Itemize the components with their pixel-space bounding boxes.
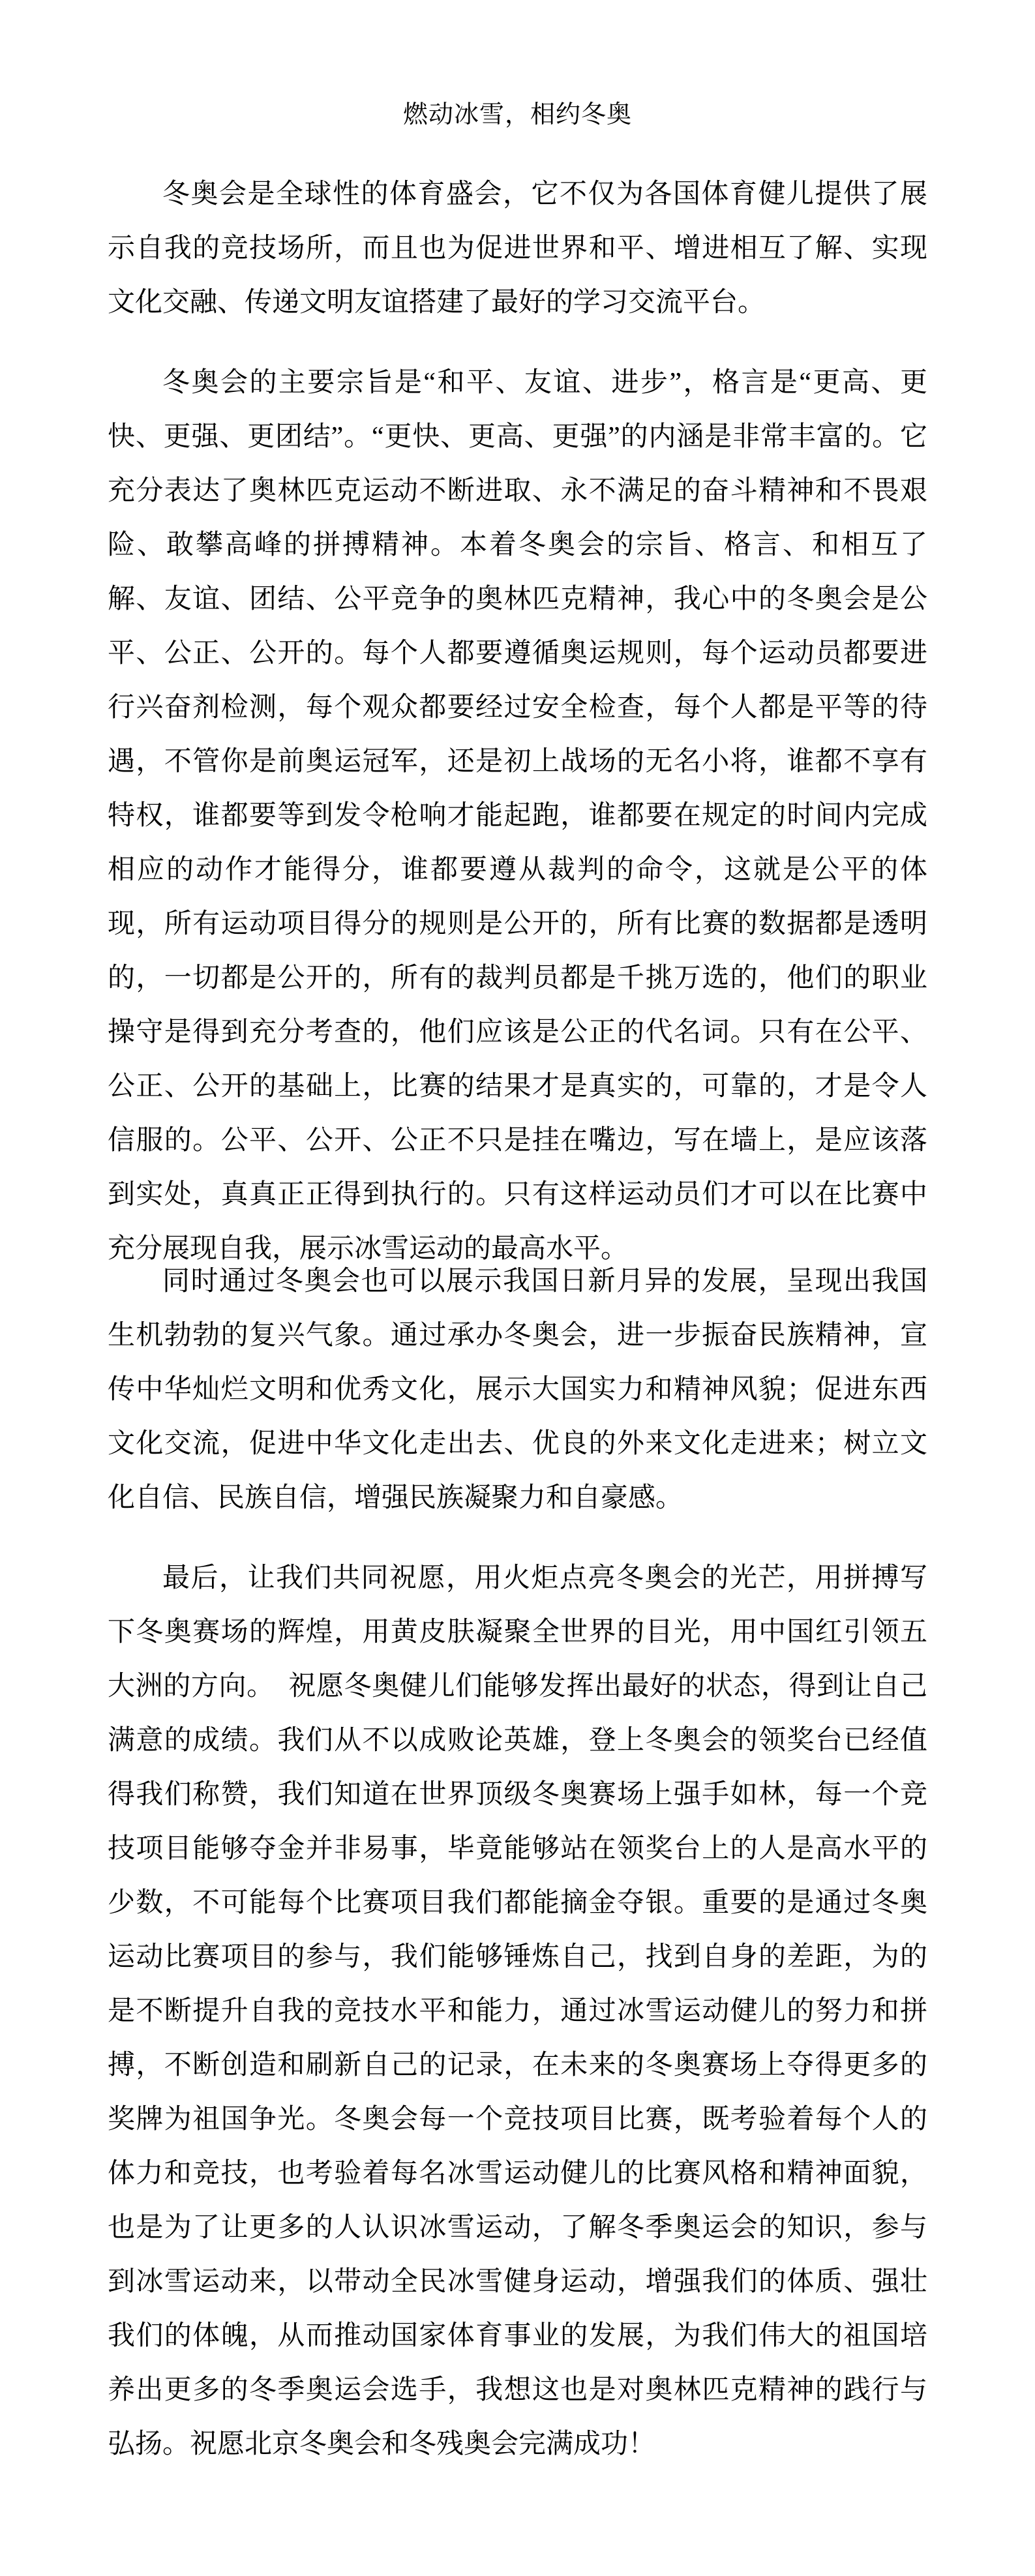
paragraph-intro: 冬奥会是全球性的体育盛会，它不仅为各国体育健儿提供了展示自我的竞技场所，而且也为… [108, 168, 927, 330]
document-title: 燃动冰雪，相约冬奥 [108, 88, 927, 142]
document-page: 燃动冰雪，相约冬奥 冬奥会是全球性的体育盛会，它不仅为各国体育健儿提供了展示自我… [0, 0, 1035, 2576]
paragraph-olympic-spirit: 冬奥会的主要宗旨是“和平、友谊、进步”，格言是“更高、更快、更强、更团结”。“更… [108, 356, 927, 1276]
paragraph-wishes: 最后，让我们共同祝愿，用火炬点亮冬奥会的光芒，用拼搏写下冬奥赛场的辉煌，用黄皮肤… [108, 1551, 927, 2472]
paragraph-national-development: 同时通过冬奥会也可以展示我国日新月异的发展，呈现出我国生机勃勃的复兴气象。通过承… [108, 1255, 927, 1525]
